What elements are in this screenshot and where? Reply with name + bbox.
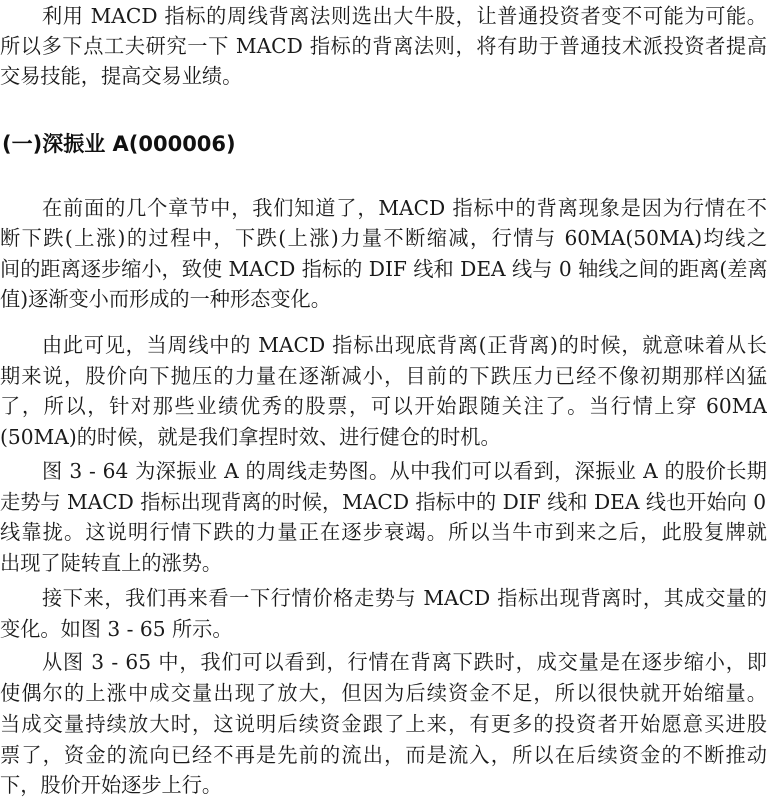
- text-line: 交易技能，提高交易业绩。: [0, 61, 767, 91]
- text-line: 所以多下点工夫研究一下 MACD 指标的背离法则，将有助于普通技术派投资者提高: [0, 31, 767, 61]
- text-line: 期来说，股价向下抛压的力量在逐渐减小，目前的下跌压力已经不像初期那样凶猛: [0, 361, 767, 391]
- text-line: 出现了陡转直上的涨势。: [0, 548, 767, 578]
- text-line: 在前面的几个章节中，我们知道了，MACD 指标中的背离现象是因为行情在不: [42, 193, 767, 223]
- text-line: (50MA)的时候，就是我们拿捏时效、进行健仓的时机。: [0, 422, 767, 452]
- text-line: 票了，资金的流向已经不再是先前的流出，而是流入，所以在后续资金的不断推动: [0, 740, 767, 770]
- text-line: 使偶尔的上涨中成交量出现了放大，但因为后续资金不足，所以很快就开始缩量。: [0, 678, 767, 708]
- text-line: 间的距离逐步缩小，致使 MACD 指标的 DIF 线和 DEA 线与 0 轴线之…: [0, 254, 767, 284]
- text-line: 接下来，我们再来看一下行情价格走势与 MACD 指标出现背离时，其成交量的: [42, 583, 767, 613]
- section-heading: (一)深振业 A(000006): [2, 128, 236, 160]
- text-line: 从图 3 - 65 中，我们可以看到，行情在背离下跌时，成交量是在逐步缩小，即: [42, 647, 767, 677]
- text-line: 由此可见，当周线中的 MACD 指标出现底背离(正背离)的时候，就意味着从长: [42, 330, 767, 360]
- text-line: 了，所以，针对那些业绩优秀的股票，可以开始跟随关注了。当行情上穿 60MA: [0, 391, 767, 421]
- text-line: 变化。如图 3 - 65 所示。: [0, 614, 767, 644]
- text-line: 走势与 MACD 指标出现背离的时候，MACD 指标中的 DIF 线和 DEA …: [0, 487, 767, 517]
- text-line: 图 3 - 64 为深振业 A 的周线走势图。从中我们可以看到，深振业 A 的股…: [42, 456, 767, 486]
- document-page: 利用 MACD 指标的周线背离法则选出大牛股，让普通投资者变不可能为可能。 所以…: [0, 0, 767, 811]
- text-line: 线靠拢。这说明行情下跌的力量正在逐步衰竭。所以当牛市到来之后，此股复牌就: [0, 517, 767, 547]
- text-line: 值)逐渐变小而形成的一种形态变化。: [0, 284, 767, 314]
- text-line: 断下跌(上涨)的过程中，下跌(上涨)力量不断缩减，行情与 60MA(50MA)均…: [0, 223, 767, 253]
- text-line: 当成交量持续放大时，这说明后续资金跟了上来，有更多的投资者开始愿意买进股: [0, 709, 767, 739]
- text-line: 利用 MACD 指标的周线背离法则选出大牛股，让普通投资者变不可能为可能。: [42, 1, 767, 31]
- text-line: 下，股价开始逐步上行。: [0, 770, 767, 800]
